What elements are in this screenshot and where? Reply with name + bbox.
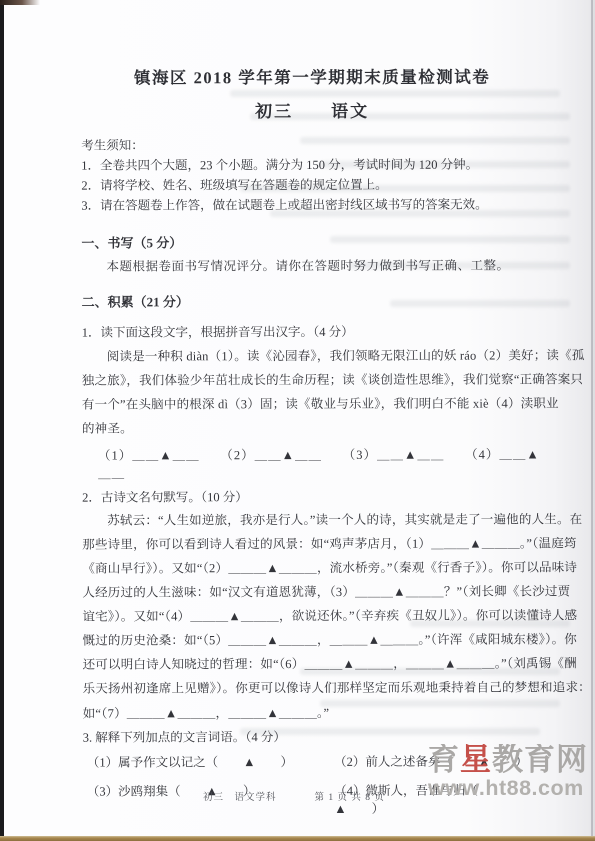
footer-page-number: 第 1 页 共 8 页 — [315, 789, 385, 803]
publisher-watermark: 育星教育网 www.ht88.com — [428, 744, 595, 799]
watermark-char-red: 星 — [460, 744, 492, 777]
section-accumulation-heading: 二、积累（21 分） — [82, 290, 544, 310]
passage-line: 如“（7）＿＿＿▲＿＿＿，＿＿＿▲＿＿＿。” — [83, 700, 545, 725]
watermark-site-name: 育星教育网 — [428, 744, 595, 777]
footer-subject: 初三 语文学科 — [203, 789, 277, 803]
question-1-prompt: 1．读下面这段文字，根据拼音写出汉字。（4 分） — [82, 321, 544, 340]
question-1-passage: 阅读是一种积 diàn（1）。读《沁园春》，我们领略无限江山的妖 ráo（2）美… — [82, 343, 544, 441]
section-writing-body: 本题根据卷面书写情况评分。请你在答题时努力做到书写正确、工整。 — [82, 255, 544, 274]
exam-subtitle: 初三 语文 — [81, 96, 543, 122]
notice-block: 考生须知： 1．全卷共四个大题，23 个小题。满分为 150 分，考试时间为 1… — [81, 134, 543, 215]
scan-top-corner-mark — [0, 0, 40, 5]
passage-line: 的神圣。 — [82, 416, 544, 441]
section-writing-heading: 一、书写（5 分） — [81, 231, 543, 251]
notice-heading: 考生须知： — [81, 134, 543, 153]
passage-line: 慨过的历史沧桑：如“（5）＿＿＿▲＿＿＿，＿＿＿▲＿＿＿。”（许浑《咸阳城东楼》… — [82, 628, 544, 653]
exam-title: 镇海区 2018 学年第一学期期末质量检测试卷 — [81, 63, 543, 88]
question-2-passage: 苏轼云：“人生如逆旅，我亦是行人。”读一个人的诗，其实就是走了一遍他的人生。在 … — [82, 507, 545, 725]
watermark-url: www.ht88.com — [428, 777, 595, 800]
scan-bottom-edge — [0, 836, 595, 841]
passage-line: 独之旅》，我们体验少年茁壮成长的生命历程；读《谈创造性思维》，我们觉察“正确答案… — [82, 368, 544, 393]
scan-right-edge — [591, 0, 593, 841]
passage-line: 苏轼云：“人生如逆旅，我亦是行人。”读一个人的诗，其实就是走了一遍他的人生。在 — [82, 507, 544, 532]
passage-line: 乐天扬州初逢席上见赠》）。你更可以像诗人们那样坚定而乐观地秉持着自己的梦想和追求… — [83, 676, 545, 701]
question-3-prompt: 3. 解释下列加点的文言词语。（4 分） — [83, 726, 545, 745]
notice-item: 2．请将学校、姓名、班级填写在答题卷的规定位置上。 — [81, 174, 543, 195]
passage-line: 那些诗里，你可以看到诗人看过的风景：如“鸡声茅店月，（1）＿＿＿▲＿＿＿。”（温… — [82, 531, 544, 556]
passage-line: 人经历过的人生滋味：如“汉文有道恩犹薄，（3）＿＿＿▲＿＿＿？”（刘长卿《长沙过… — [82, 579, 544, 604]
section-accumulation: 二、积累（21 分） 1．读下面这段文字，根据拼音写出汉字。（4 分） 阅读是一… — [82, 290, 545, 817]
watermark-char: 育 — [428, 744, 460, 777]
passage-line: 《商山早行》）。又如“（2）＿＿＿▲＿＿＿，流水桥旁。”（秦观《行香子》）。你可… — [82, 555, 544, 580]
question-2-prompt: 2．古诗文名句默写。（10 分） — [82, 486, 544, 505]
notice-item: 1．全卷共四个大题，23 个小题。满分为 150 分，考试时间为 120 分钟。 — [81, 154, 543, 175]
passage-line: 有一个”在头脑中的根深 dì（3）固；读《敬业与乐业》，我们明白不能 xiè（4… — [82, 392, 544, 417]
watermark-chars: 教育网 — [492, 744, 588, 777]
passage-line: 谊宅》）。又如“（4）＿＿＿▲＿＿＿，欲说还休。”（辛弃疾《丑奴儿》）。你可以读… — [82, 603, 544, 628]
question-1-answer-blanks: （1）＿＿▲＿＿ （2）＿＿▲＿＿ （3）＿＿▲＿＿ （4）＿＿▲＿＿ — [98, 444, 544, 481]
page-footer: 初三 语文学科 第 1 页 共 8 页 — [203, 789, 385, 803]
exam-paper-content: 镇海区 2018 学年第一学期期末质量检测试卷 初三 语文 考生须知： 1．全卷… — [81, 63, 545, 817]
scan-left-edge — [0, 0, 4, 841]
passage-line: 阅读是一种积 diàn（1）。读《沁园春》，我们领略无限江山的妖 ráo（2）美… — [82, 343, 544, 368]
notice-item: 3．请在答题卷上作答，做在试题卷上或超出密封线区域书写的答案无效。 — [81, 194, 543, 215]
passage-line: 还可以明白诗人知晓过的哲理：如“（6）＿＿＿▲＿＿＿，＿＿＿▲＿＿＿。”（刘禹锡… — [83, 652, 545, 677]
scanned-page: 镇海区 2018 学年第一学期期末质量检测试卷 初三 语文 考生须知： 1．全卷… — [0, 0, 595, 841]
question-3-item: （1）属予作文以记之（ ▲ ） — [87, 752, 334, 771]
section-writing: 一、书写（5 分） 本题根据卷面书写情况评分。请你在答题时努力做到书写正确、工整… — [81, 231, 543, 274]
